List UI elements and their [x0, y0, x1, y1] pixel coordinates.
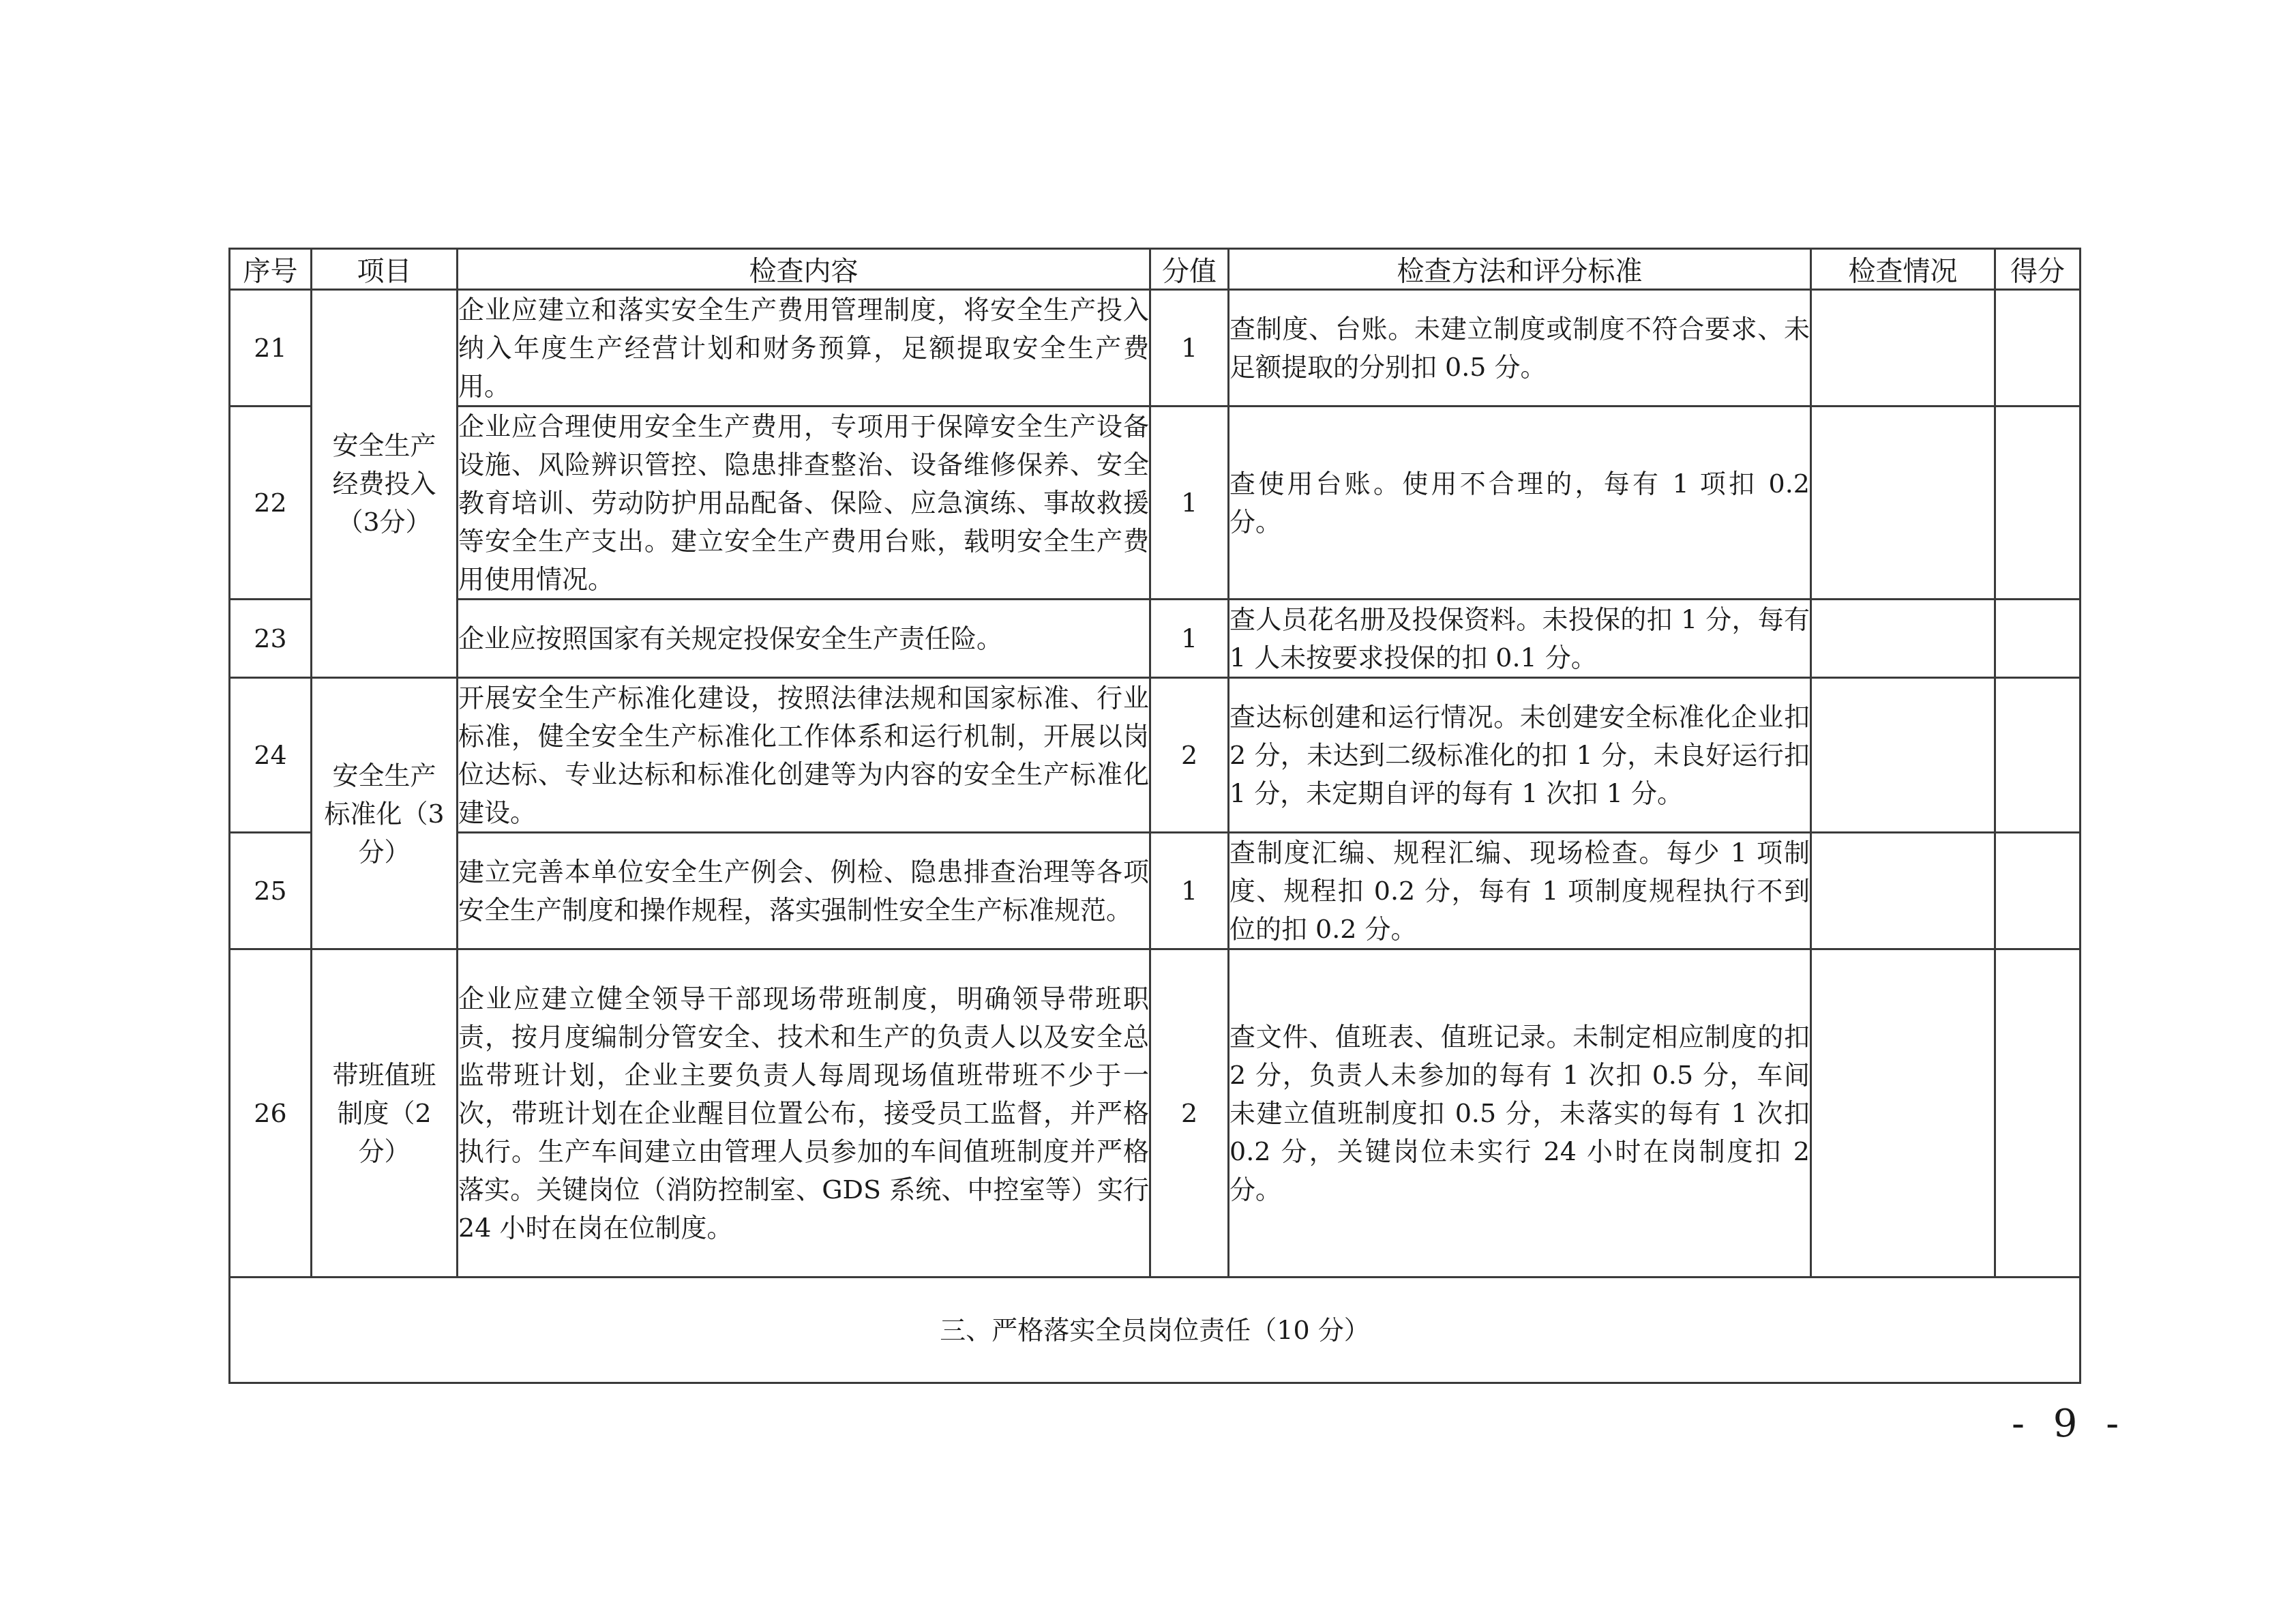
- row-score: 2: [1150, 678, 1229, 833]
- table-row: 25 建立完善本单位安全生产例会、例检、隐患排查治理等各项安全生产制度和操作规程…: [230, 833, 2081, 949]
- row-content: 企业应按照国家有关规定投保安全生产责任险。: [458, 600, 1150, 678]
- group-label: 带班值班制度（2分）: [312, 949, 458, 1278]
- header-content: 检查内容: [458, 249, 1150, 290]
- row-content: 开展安全生产标准化建设，按照法律法规和国家标准、行业标准，健全安全生产标准化工作…: [458, 678, 1150, 833]
- row-status-cell[interactable]: [1811, 678, 1995, 833]
- section-row: 三、严格落实全员岗位责任（10 分）: [230, 1278, 2081, 1383]
- table-row: 24 安全生产标准化（3分） 开展安全生产标准化建设，按照法律法规和国家标准、行…: [230, 678, 2081, 833]
- inspection-table: 序号 项目 检查内容 分值 检查方法和评分标准 检查情况 得分 21 安全生产经…: [228, 248, 2081, 1384]
- row-no: 26: [230, 949, 312, 1278]
- table-row: 26 带班值班制度（2分） 企业应建立健全领导干部现场带班制度，明确领导带班职责…: [230, 949, 2081, 1278]
- row-method: 查文件、值班表、值班记录。未制定相应制度的扣 2 分，负责人未参加的每有 1 次…: [1229, 949, 1811, 1278]
- row-score: 1: [1150, 600, 1229, 678]
- row-score: 2: [1150, 949, 1229, 1278]
- row-score: 1: [1150, 290, 1229, 407]
- row-no: 23: [230, 600, 312, 678]
- row-status-cell[interactable]: [1811, 949, 1995, 1278]
- row-no: 22: [230, 407, 312, 600]
- row-content: 企业应合理使用安全生产费用，专项用于保障安全生产设备设施、风险辨识管控、隐患排查…: [458, 407, 1150, 600]
- table-row: 21 安全生产经费投入（3分） 企业应建立和落实安全生产费用管理制度，将安全生产…: [230, 290, 2081, 407]
- row-points-cell[interactable]: [1995, 833, 2081, 949]
- section-heading: 三、严格落实全员岗位责任（10 分）: [230, 1278, 2081, 1383]
- row-points-cell[interactable]: [1995, 678, 2081, 833]
- table-header-row: 序号 项目 检查内容 分值 检查方法和评分标准 检查情况 得分: [230, 249, 2081, 290]
- header-item: 项目: [312, 249, 458, 290]
- row-method: 查人员花名册及投保资料。未投保的扣 1 分，每有 1 人未按要求投保的扣 0.1…: [1229, 600, 1811, 678]
- header-points: 得分: [1995, 249, 2081, 290]
- row-method: 查达标创建和运行情况。未创建安全标准化企业扣 2 分，未达到二级标准化的扣 1 …: [1229, 678, 1811, 833]
- table-row: 22 企业应合理使用安全生产费用，专项用于保障安全生产设备设施、风险辨识管控、隐…: [230, 407, 2081, 600]
- row-no: 24: [230, 678, 312, 833]
- row-points-cell[interactable]: [1995, 407, 2081, 600]
- row-status-cell[interactable]: [1811, 600, 1995, 678]
- row-method: 查制度汇编、规程汇编、现场检查。每少 1 项制度、规程扣 0.2 分，每有 1 …: [1229, 833, 1811, 949]
- row-content: 建立完善本单位安全生产例会、例检、隐患排查治理等各项安全生产制度和操作规程，落实…: [458, 833, 1150, 949]
- header-method: 检查方法和评分标准: [1229, 249, 1811, 290]
- row-status-cell[interactable]: [1811, 290, 1995, 407]
- row-no: 25: [230, 833, 312, 949]
- header-no: 序号: [230, 249, 312, 290]
- row-status-cell[interactable]: [1811, 407, 1995, 600]
- header-status: 检查情况: [1811, 249, 1995, 290]
- row-method: 查制度、台账。未建立制度或制度不符合要求、未足额提取的分别扣 0.5 分。: [1229, 290, 1811, 407]
- row-content: 企业应建立和落实安全生产费用管理制度，将安全生产投入纳入年度生产经营计划和财务预…: [458, 290, 1150, 407]
- row-no: 21: [230, 290, 312, 407]
- row-points-cell[interactable]: [1995, 949, 2081, 1278]
- row-points-cell[interactable]: [1995, 600, 2081, 678]
- row-method: 查使用台账。使用不合理的，每有 1 项扣 0.2 分。: [1229, 407, 1811, 600]
- header-score: 分值: [1150, 249, 1229, 290]
- row-score: 1: [1150, 407, 1229, 600]
- group-label: 安全生产标准化（3分）: [312, 678, 458, 949]
- row-content: 企业应建立健全领导干部现场带班制度，明确领导带班职责，按月度编制分管安全、技术和…: [458, 949, 1150, 1278]
- row-status-cell[interactable]: [1811, 833, 1995, 949]
- row-score: 1: [1150, 833, 1229, 949]
- table-row: 23 企业应按照国家有关规定投保安全生产责任险。 1 查人员花名册及投保资料。未…: [230, 600, 2081, 678]
- group-label: 安全生产经费投入（3分）: [312, 290, 458, 678]
- page-number: - 9 -: [2012, 1402, 2127, 1446]
- row-points-cell[interactable]: [1995, 290, 2081, 407]
